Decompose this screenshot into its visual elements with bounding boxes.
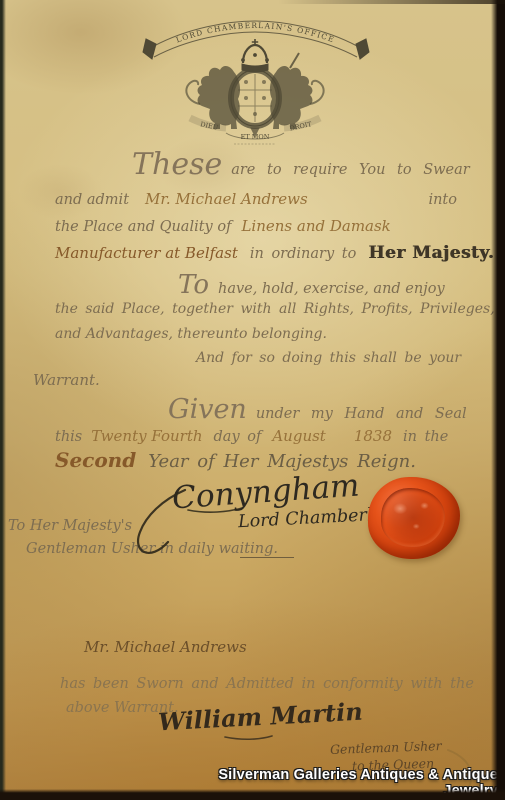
hold-initial: To: [178, 272, 209, 298]
admit-name: Mr. Michael Andrews: [145, 190, 308, 208]
given-rest: under my Hand and Seal: [256, 406, 467, 422]
motto-center-text: ET MON: [241, 133, 270, 141]
trade-fill: Manufacturer at Belfast: [55, 244, 238, 262]
attestation-line1: has been Sworn and Admitted in conformit…: [60, 676, 474, 692]
addressee-line2: Gentleman Usher in daily waiting.: [26, 541, 278, 557]
wax-seal-emboss: [381, 488, 445, 547]
photo-edge-bottom: [0, 789, 505, 800]
framed-warrant-photo: LORD CHAMBERLAIN'S OFFICE: [0, 0, 505, 800]
warrant-line-place: the Place and Quality of Linens and Dama…: [55, 217, 391, 235]
admit-printed: and admit: [55, 192, 129, 208]
photo-edge-top: [278, 0, 505, 4]
warrant-line-trade: Manufacturer at Belfast in ordinary to H…: [55, 243, 494, 263]
photo-edge-left: [0, 0, 6, 800]
warrant-word: Warrant.: [33, 371, 100, 389]
royal-crest: LORD CHAMBERLAIN'S OFFICE: [138, 12, 374, 148]
hold-rest: have, hold, exercise, and enjoy: [218, 281, 445, 297]
banner-end-right: [356, 39, 369, 59]
warrant-line-hold: To have, hold, exercise, and enjoy: [178, 272, 445, 298]
warrant-line-admit: and admit Mr. Michael Andrews into: [55, 190, 457, 208]
opening-initial: These: [132, 150, 222, 180]
date-year-fill: 1838: [354, 427, 392, 445]
place-printed: the Place and Quality of: [55, 219, 231, 235]
warrant-line-hold2: the said Place, together with all Rights…: [55, 301, 495, 317]
addressee-blank-rule: [240, 557, 294, 558]
photo-edge-right: [491, 0, 505, 800]
warrant-line-doing: And for so doing this shall be your: [196, 350, 461, 366]
warrant-line-reign: Second Year of Her Majestys Reign.: [55, 448, 416, 472]
reign-rest: Year of Her Majestys Reign.: [148, 451, 416, 472]
trade-printed: in ordinary to: [250, 246, 356, 262]
date-dayof: day of: [214, 429, 262, 445]
majesty-blackletter: Her Majesty.: [368, 243, 494, 263]
date-inthe: in the: [403, 429, 448, 445]
date-this: this: [55, 429, 82, 445]
warrant-line-given: Given under my Hand and Seal: [168, 396, 467, 423]
banner-end-left: [143, 39, 156, 59]
warrant-line-date: this Twenty Fourth day of August 1838 in…: [55, 427, 448, 445]
warrant-line-hold3: and Advantages, thereunto belonging.: [55, 326, 327, 342]
date-day-fill: Twenty Fourth: [91, 427, 202, 445]
reign-year-fill: Second: [55, 448, 136, 472]
place-fill: Linens and Damask: [241, 217, 390, 235]
given-initial: Given: [168, 396, 247, 423]
attestation-name: Mr. Michael Andrews: [84, 638, 247, 656]
addressee-line1: To Her Majesty's: [8, 518, 132, 534]
date-month-fill: August: [272, 427, 325, 445]
warrant-line-opening: These are to require You to Swear: [132, 150, 470, 180]
opening-rest: are to require You to Swear: [231, 162, 469, 178]
admit-end: into: [428, 192, 457, 208]
